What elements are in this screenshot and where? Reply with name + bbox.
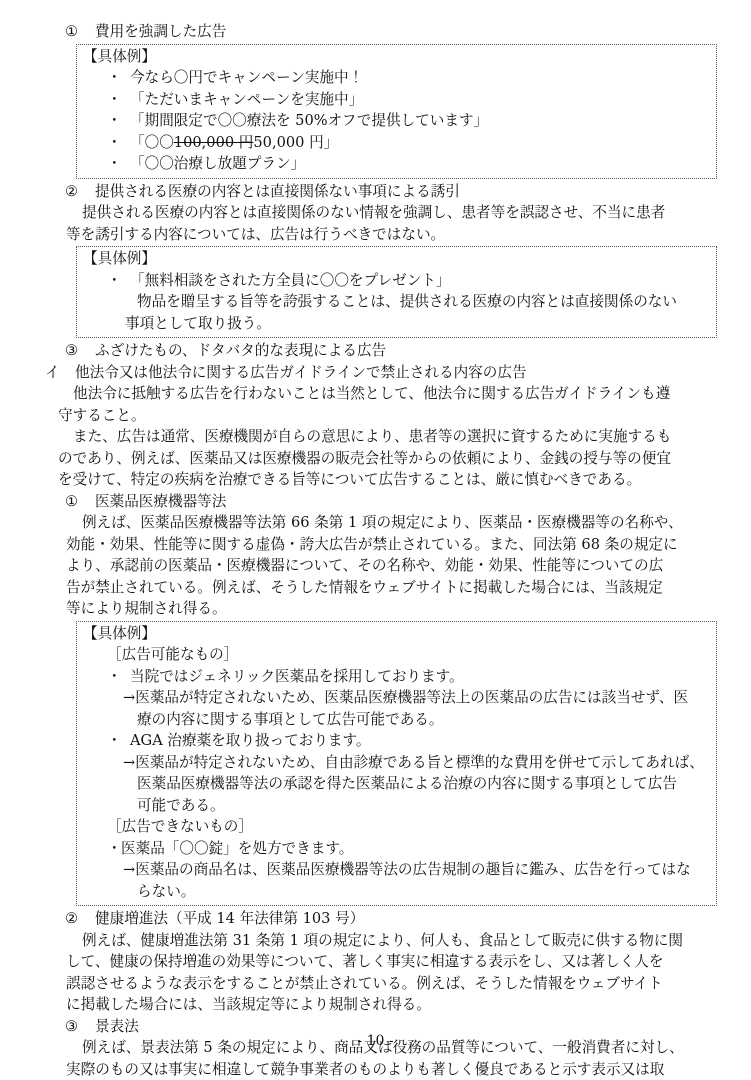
example-line: →医薬品が特定されないため、自由診療である旨と標準的な費用を併せて示してあれば、 [83, 752, 711, 774]
line-text: 「無料相談をされた方全員に〇〇をプレゼント」 [130, 272, 450, 289]
text-segment: 50,000 円」 [253, 134, 338, 151]
numbered-item: ①費用を強調した広告 [0, 21, 751, 43]
item-marker: ① [65, 491, 95, 513]
item-marker: ② [65, 908, 95, 930]
example-line: 事項として取り扱う。 [83, 313, 711, 335]
example-line: →医薬品が特定されないため、医薬品医療機器等法上の医薬品の広告には該当せず、医 [83, 687, 711, 709]
paragraph-line: 告が禁止されている。例えば、そうした情報をウェブサイトに掲載した場合には、当該規… [0, 577, 751, 599]
example-line: ・「無料相談をされた方全員に〇〇をプレゼント」 [83, 270, 711, 292]
paragraph-line: に掲載した場合には、当該規定等により規制され得る。 [0, 994, 751, 1016]
example-line: ・「ただいまキャンペーンを実施中」 [83, 89, 711, 111]
item-label: 医薬品医療機器等法 [95, 493, 226, 510]
paragraph-line: 提供される医療の内容とは直接関係のない情報を強調し、患者等を誤認させ、不当に患者 [0, 202, 751, 224]
example-line: ［広告可能なもの］ [83, 644, 711, 666]
line-text: 今なら〇円でキャンペーン実施中！ [130, 69, 363, 86]
item-marker: ② [65, 181, 95, 203]
example-line: →医薬品の商品名は、医薬品医療機器等法の広告規制の趣旨に鑑み、広告を行ってはな [83, 859, 711, 881]
line-text: →医薬品の商品名は、医薬品医療機器等法の広告規制の趣旨に鑑み、広告を行ってはな [123, 861, 691, 878]
item-marker: ③ [65, 340, 95, 362]
line-text: 【具体例】 [83, 625, 156, 642]
example-box: 【具体例】・「無料相談をされた方全員に〇〇をプレゼント」物品を贈呈する旨等を誇張… [76, 246, 717, 338]
line-text: 「〇〇治療し放題プラン」 [130, 155, 305, 172]
example-line: 【具体例】 [83, 46, 711, 68]
example-line: 可能である。 [83, 795, 711, 817]
paragraph-line: 実際のもの又は事実に相違して競争事業者のものよりも著しく優良であると示す表示又は… [0, 1059, 751, 1080]
example-line: ・「期間限定で〇〇療法を 50%オフで提供しています」 [83, 110, 711, 132]
bullet-icon: ・ [107, 730, 130, 752]
line-text: ［広告可能なもの］ [107, 646, 238, 663]
item-label: 提供される医療の内容とは直接関係ない事項による誘引 [95, 183, 460, 200]
paragraph-line: 誤認させるような表示をすることが禁止されている。例えば、そうした情報をウェブサイ… [0, 973, 751, 995]
bullet-icon: ・ [107, 838, 121, 860]
line-text: ［広告できないもの］ [107, 818, 253, 835]
document-page: ①費用を強調した広告【具体例】・今なら〇円でキャンペーン実施中！・「ただいまキャ… [0, 0, 751, 1080]
item-label: 他法令又は他法令に関する広告ガイドラインで禁止される内容の広告 [75, 364, 527, 381]
item-label: 費用を強調した広告 [95, 23, 226, 40]
paragraph-line: 等により規制され得る。 [0, 598, 751, 620]
paragraph-line: 例えば、医薬品医療機器等法第 66 条第 1 項の規定により、医薬品・医療機器等… [0, 512, 751, 534]
line-text: 物品を贈呈する旨等を誇張することは、提供される医療の内容とは直接関係のない [137, 293, 677, 310]
bullet-icon: ・ [107, 666, 130, 688]
example-line: ・医薬品「〇〇錠」を処方できます。 [83, 838, 711, 860]
example-line: ・今なら〇円でキャンペーン実施中！ [83, 67, 711, 89]
line-text: 当院ではジェネリック医薬品を採用しております。 [130, 668, 464, 685]
bullet-icon: ・ [107, 67, 130, 89]
example-line: ［広告できないもの］ [83, 816, 711, 838]
paragraph-line: 効能・効果、性能等に関する虚偽・誇大広告が禁止されている。また、同法第 68 条… [0, 534, 751, 556]
paragraph-line: を受けて、特定の疾病を治療できる旨等について広告することは、厳に慎むべきである。 [0, 469, 751, 491]
item-marker: ① [65, 21, 95, 43]
example-line: らない。 [83, 881, 711, 903]
line-text: 【具体例】 [83, 250, 156, 267]
line-text: 療の内容に関する事項として広告可能である。 [137, 711, 443, 728]
line-text: 事項として取り扱う。 [125, 315, 271, 332]
text-segment: 「〇〇 [130, 134, 174, 151]
example-box: 【具体例】［広告可能なもの］・当院ではジェネリック医薬品を採用しております。→医… [76, 621, 717, 907]
paragraph-line: 例えば、健康増進法第 31 条第 1 項の規定により、何人も、食品として販売に供… [0, 930, 751, 952]
example-line: ・AGA 治療薬を取り扱っております。 [83, 730, 711, 752]
line-text: 可能である。 [137, 797, 225, 814]
paragraph-line: また、広告は通常、医療機関が自らの意思により、患者等の選択に資するために実施する… [0, 426, 751, 448]
line-text: →医薬品が特定されないため、医薬品医療機器等法上の医薬品の広告には該当せず、医 [123, 689, 688, 706]
bullet-icon: ・ [107, 110, 130, 132]
example-box: 【具体例】・今なら〇円でキャンペーン実施中！・「ただいまキャンペーンを実施中」・… [76, 44, 717, 179]
bullet-icon: ・ [107, 153, 130, 175]
kana-item: イ他法令又は他法令に関する広告ガイドラインで禁止される内容の広告 [0, 362, 751, 384]
example-line: 物品を贈呈する旨等を誇張することは、提供される医療の内容とは直接関係のない [83, 291, 711, 313]
example-line: 療の内容に関する事項として広告可能である。 [83, 709, 711, 731]
paragraph-line: 等を誘引する内容については、広告は行うべきではない。 [0, 224, 751, 246]
example-line: 【具体例】 [83, 623, 711, 645]
example-line: ・「〇〇治療し放題プラン」 [83, 153, 711, 175]
numbered-item: ②健康増進法（平成 14 年法律第 103 号） [0, 908, 751, 930]
line-text: 「期間限定で〇〇療法を 50%オフで提供しています」 [130, 112, 488, 129]
item-label: 健康増進法（平成 14 年法律第 103 号） [95, 910, 364, 927]
line-text: →医薬品が特定されないため、自由診療である旨と標準的な費用を併せて示してあれば、 [123, 754, 704, 771]
paragraph-line: 他法令に抵触する広告を行わないことは当然として、他法令に関する広告ガイドラインも… [0, 383, 751, 405]
paragraph-line: のであり、例えば、医薬品又は医療機器の販売会社等からの依頼により、金銭の授与等の… [0, 448, 751, 470]
line-text: 「ただいまキャンペーンを実施中」 [130, 91, 363, 108]
page-number: - 10 - [0, 1031, 751, 1053]
document-body: ①費用を強調した広告【具体例】・今なら〇円でキャンペーン実施中！・「ただいまキャ… [0, 21, 751, 1080]
paragraph-line: して、健康の保持増進の効果等について、著しく事実に相違する表示をし、又は著しく人… [0, 951, 751, 973]
bullet-icon: ・ [107, 270, 130, 292]
example-line: ・「〇〇100,000 円50,000 円」 [83, 132, 711, 154]
item-marker: イ [45, 362, 75, 384]
line-text: 【具体例】 [83, 48, 156, 65]
numbered-item: ③ふざけたもの、ドタバタ的な表現による広告 [0, 340, 751, 362]
paragraph-line: より、承認前の医薬品・医療機器について、その名称や、効能・効果、性能等についての… [0, 555, 751, 577]
bullet-icon: ・ [107, 132, 130, 154]
line-text: 医薬品医療機器等法の承認を得た医薬品による治療の内容に関する事項として広告 [137, 775, 677, 792]
bullet-icon: ・ [107, 89, 130, 111]
line-text: 医薬品「〇〇錠」を処方できます。 [121, 840, 353, 857]
strikethrough-price: 100,000 円 [174, 134, 254, 151]
numbered-item: ①医薬品医療機器等法 [0, 491, 751, 513]
example-line: 医薬品医療機器等法の承認を得た医薬品による治療の内容に関する事項として広告 [83, 773, 711, 795]
line-text: らない。 [137, 883, 195, 900]
paragraph-line: 守すること。 [0, 405, 751, 427]
line-text: AGA 治療薬を取り扱っております。 [130, 732, 371, 749]
example-line: 【具体例】 [83, 248, 711, 270]
example-line: ・当院ではジェネリック医薬品を採用しております。 [83, 666, 711, 688]
numbered-item: ②提供される医療の内容とは直接関係ない事項による誘引 [0, 181, 751, 203]
item-label: ふざけたもの、ドタバタ的な表現による広告 [95, 342, 386, 359]
